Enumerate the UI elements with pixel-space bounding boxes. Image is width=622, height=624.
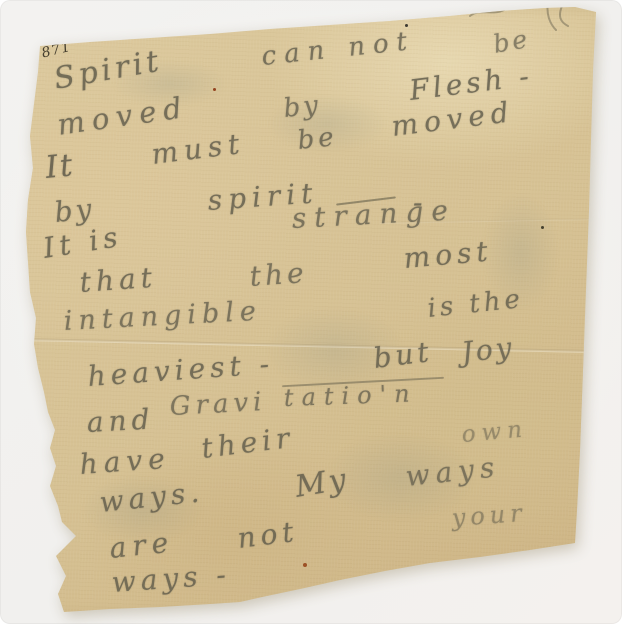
manuscript-word: Joy	[460, 331, 516, 369]
manuscript-word: by	[282, 90, 322, 124]
scan-viewport: 871 Spiritcan notbemovedbyFlesh -Itmustb…	[0, 0, 622, 624]
manuscript-word: the	[249, 256, 309, 293]
manuscript-word: be	[296, 122, 339, 156]
manuscript-word: your	[451, 499, 528, 532]
manuscript-word: Gravi	[169, 387, 267, 422]
manuscript-word: are	[108, 525, 176, 565]
manuscript-word: have	[79, 442, 172, 481]
manuscript-paper: 871 Spiritcan notbemovedbyFlesh -Itmustb…	[0, 0, 622, 624]
paper-speck	[405, 24, 408, 27]
manuscript-word: that	[79, 261, 158, 299]
manuscript-word: by	[53, 192, 96, 229]
paper-speck	[303, 563, 307, 567]
paper-speck	[213, 88, 216, 91]
manuscript-word: and	[86, 402, 155, 438]
paper-speck	[541, 226, 544, 229]
paper-surface: 871 Spiritcan notbemovedbyFlesh -Itmustb…	[0, 0, 622, 624]
manuscript-word: It	[44, 147, 76, 186]
